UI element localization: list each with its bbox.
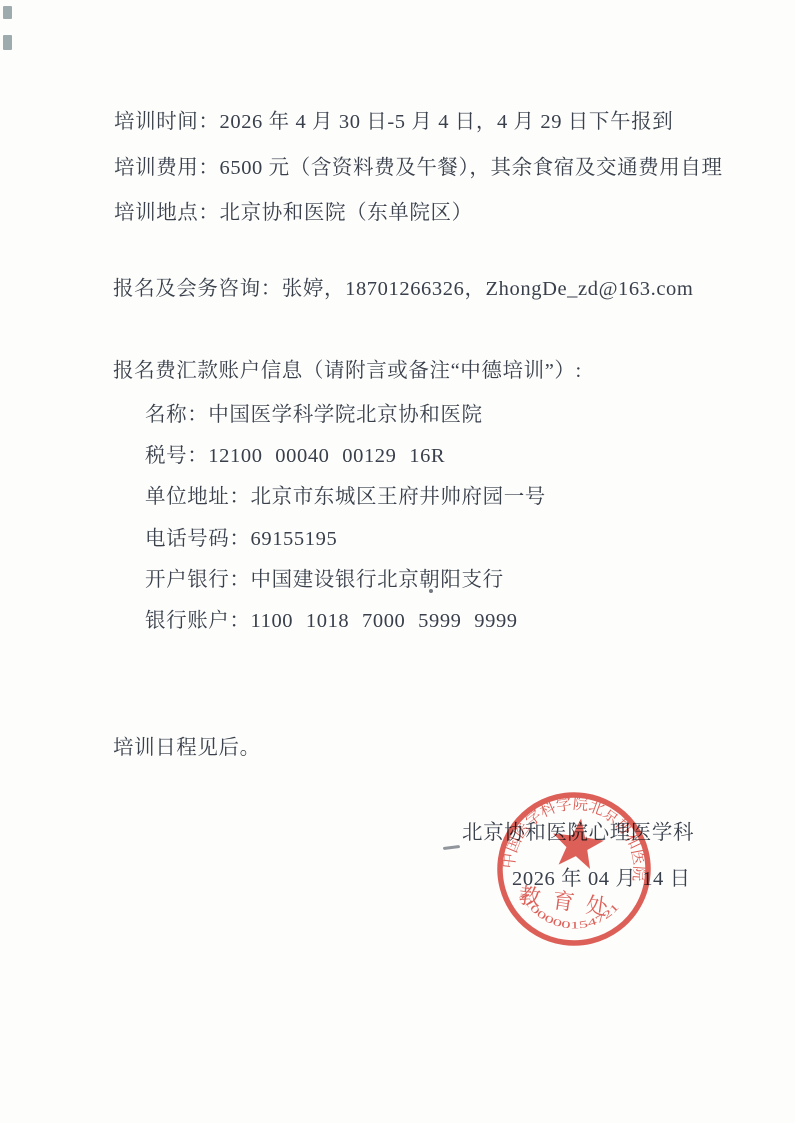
scan-artifact-corner-1: [3, 6, 12, 19]
account-number-line: 银行账户：1100 1018 7000 5999 9999: [145, 603, 518, 633]
scan-artifact-corner-2: [3, 35, 12, 50]
scan-artifact-dot: [429, 589, 433, 593]
official-seal: 中国医学科学院北京协和医院 教育处 1100000154721: [484, 779, 665, 960]
account-address-line: 单位地址：北京市东城区王府井帅府园一号: [145, 479, 546, 509]
scanned-document-page: 培训时间：2026 年 4 月 30 日-5 月 4 日，4 月 29 日下午报…: [0, 0, 795, 1123]
registration-contact-line: 报名及会务咨询：张婷，18701266326，ZhongDe_zd@163.co…: [113, 271, 693, 301]
training-time-line: 培训时间：2026 年 4 月 30 日-5 月 4 日，4 月 29 日下午报…: [114, 104, 673, 134]
training-venue-line: 培训地点：北京协和医院（东单院区）: [114, 195, 473, 225]
schedule-note-line: 培训日程见后。: [113, 730, 261, 760]
account-name-line: 名称：中国医学科学院北京协和医院: [145, 397, 483, 427]
red-star-icon: [549, 815, 607, 870]
account-phone-line: 电话号码：69155195: [145, 521, 337, 551]
scan-artifact-dash: [443, 845, 460, 850]
account-tax-id-line: 税号：12100 00040 00129 16R: [145, 438, 445, 468]
account-bank-line: 开户银行：中国建设银行北京朝阳支行: [145, 562, 504, 592]
official-seal-graphic: 中国医学科学院北京协和医院 教育处 1100000154721: [484, 779, 665, 960]
training-fee-line: 培训费用：6500 元（含资料费及午餐），其余食宿及交通费用自理: [114, 150, 723, 180]
payment-account-heading: 报名费汇款账户信息（请附言或备注“中德培训”）:: [113, 353, 582, 383]
